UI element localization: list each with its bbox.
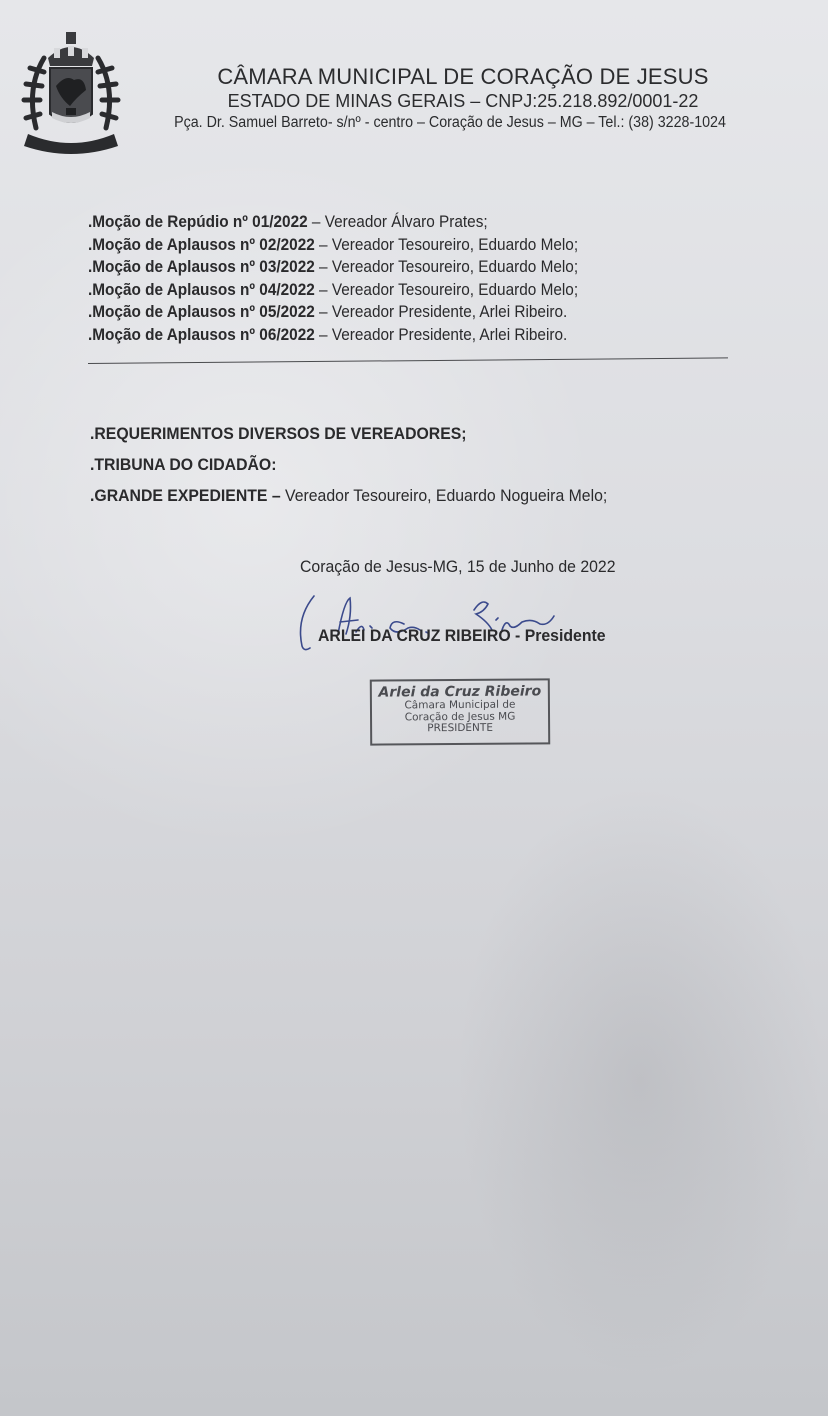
motion-author: – Vereador Tesoureiro, Eduardo Melo; [315, 258, 578, 276]
letterhead: CÂMARA MUNICIPAL DE CORAÇÃO DE JESUS EST… [130, 64, 770, 134]
address-line: Pça. Dr. Samuel Barreto- s/nº - centro –… [156, 112, 745, 134]
motion-type: .Moção de Aplausos nº [88, 281, 259, 299]
grande-expediente-item: .GRANDE EXPEDIENTE – Vereador Tesoureiro… [90, 480, 607, 511]
motion-author: – Vereador Presidente, Arlei Ribeiro. [315, 326, 567, 344]
motion-author: – Vereador Álvaro Prates; [308, 213, 488, 231]
motion-item: .Moção de Aplausos nº 05/2022 – Vereador… [88, 301, 578, 324]
motion-author: – Vereador Tesoureiro, Eduardo Melo; [315, 281, 578, 299]
motion-item: .Moção de Aplausos nº 02/2022 – Vereador… [88, 234, 578, 257]
motion-number: 04/2022 [259, 281, 314, 299]
coat-of-arms-icon [14, 28, 128, 158]
motion-number: 05/2022 [259, 303, 314, 321]
agenda-items: .REQUERIMENTOS DIVERSOS DE VEREADORES; .… [90, 418, 607, 511]
institution-name: CÂMARA MUNICIPAL DE CORAÇÃO DE JESUS [156, 64, 770, 90]
stamp-line-3: PRESIDENTE [372, 722, 548, 735]
motion-number: 03/2022 [259, 258, 314, 276]
motion-item: .Moção de Repúdio nº 01/2022 – Vereador … [88, 211, 578, 234]
motions-list: .Moção de Repúdio nº 01/2022 – Vereador … [88, 211, 578, 346]
state-cnpj: ESTADO DE MINAS GERAIS – CNPJ:25.218.892… [156, 90, 770, 112]
motion-author: – Vereador Tesoureiro, Eduardo Melo; [315, 236, 578, 254]
motion-number: 02/2022 [259, 236, 314, 254]
section-divider [88, 357, 728, 364]
place-date: Coração de Jesus-MG, 15 de Junho de 2022 [300, 557, 616, 577]
document-page: CÂMARA MUNICIPAL DE CORAÇÃO DE JESUS EST… [0, 0, 828, 1416]
motion-number: 01/2022 [252, 213, 307, 231]
grande-expediente-label: .GRANDE EXPEDIENTE – [90, 486, 285, 505]
motion-item: .Moção de Aplausos nº 06/2022 – Vereador… [88, 324, 578, 347]
motion-type: .Moção de Aplausos nº [88, 303, 259, 321]
requerimentos-item: .REQUERIMENTOS DIVERSOS DE VEREADORES; [90, 418, 607, 449]
motion-type: .Moção de Aplausos nº [88, 236, 259, 254]
tribuna-item: .TRIBUNA DO CIDADÃO: [90, 449, 607, 480]
official-stamp: Arlei da Cruz Ribeiro Câmara Municipal d… [370, 678, 550, 745]
motion-type: .Moção de Repúdio nº [88, 213, 252, 231]
handwritten-signature-icon [292, 582, 572, 662]
grande-expediente-value: Vereador Tesoureiro, Eduardo Nogueira Me… [285, 486, 607, 505]
motion-item: .Moção de Aplausos nº 03/2022 – Vereador… [88, 256, 578, 279]
motion-type: .Moção de Aplausos nº [88, 326, 259, 344]
motion-author: – Vereador Presidente, Arlei Ribeiro. [315, 303, 567, 321]
motion-item: .Moção de Aplausos nº 04/2022 – Vereador… [88, 279, 578, 302]
motion-number: 06/2022 [259, 326, 314, 344]
signer-name: ARLEI DA CRUZ RIBEIRO - Presidente [318, 626, 606, 646]
motion-type: .Moção de Aplausos nº [88, 258, 259, 276]
